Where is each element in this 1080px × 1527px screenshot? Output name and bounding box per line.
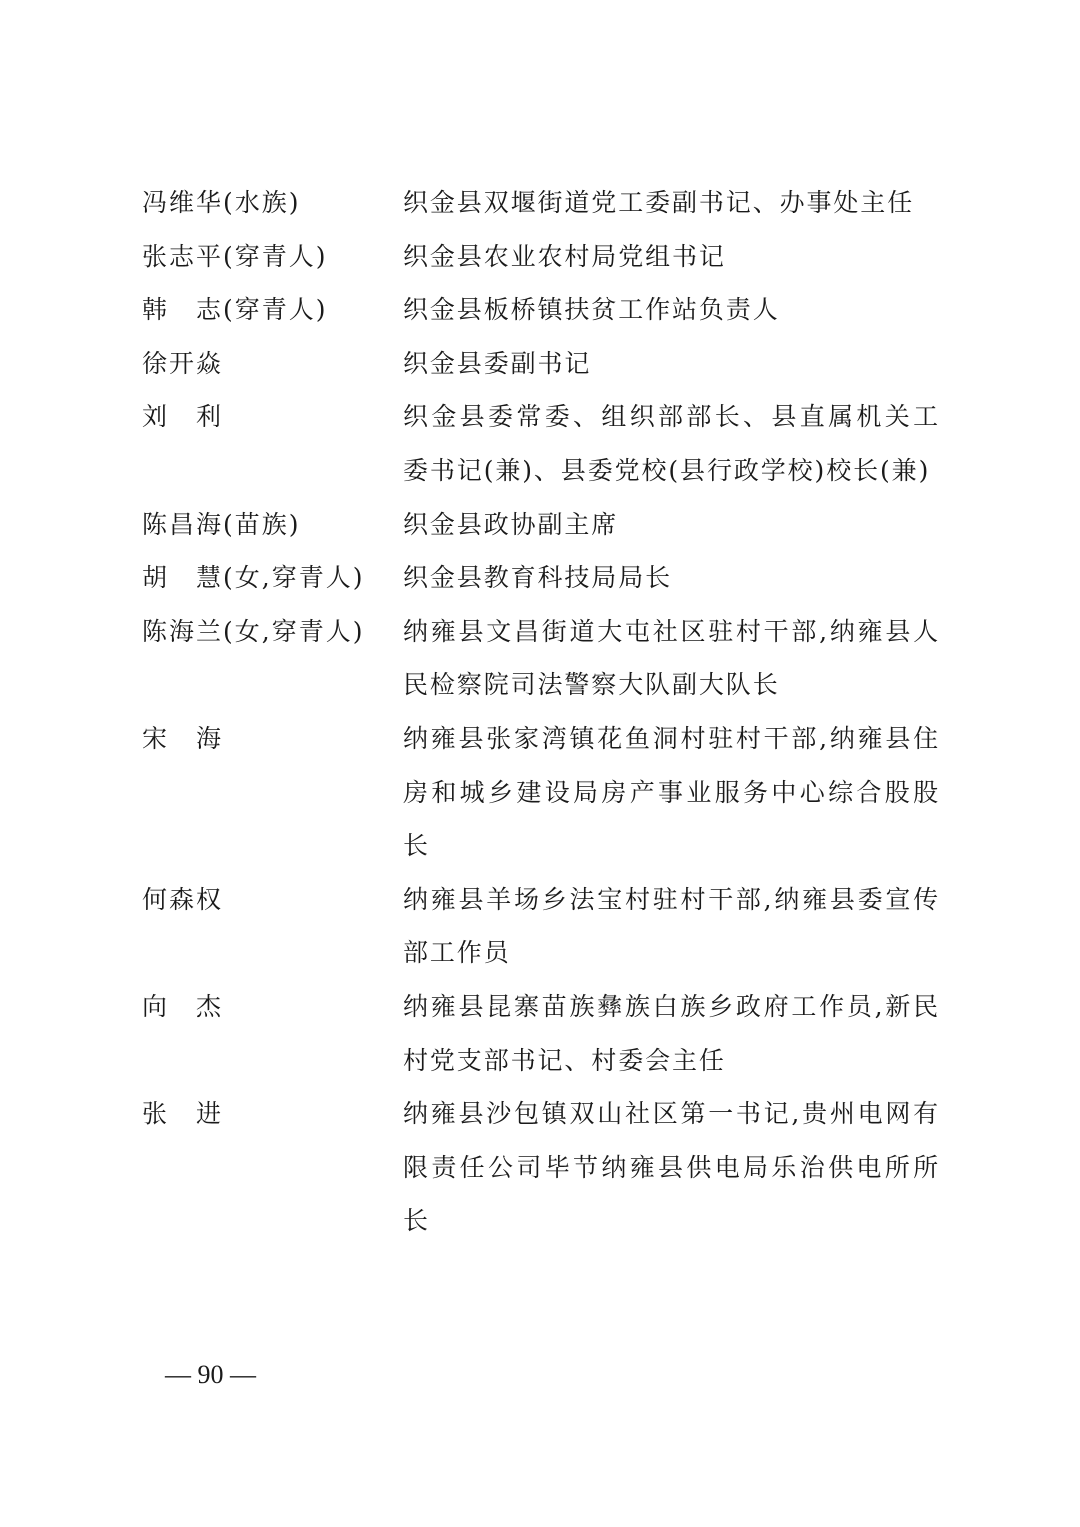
list-item: 刘 利 织金县委常委、组织部部长、县直属机关工委书记(兼)、县委党校(县行政学校…: [142, 390, 942, 497]
person-name: 冯维华(水族): [142, 176, 403, 230]
person-position: 织金县委副书记: [403, 337, 940, 391]
list-item: 徐开焱 织金县委副书记: [142, 337, 942, 391]
person-name: 刘 利: [142, 390, 403, 444]
list-item: 何森权 纳雍县羊场乡法宝村驻村干部,纳雍县委宣传部工作员: [142, 873, 942, 980]
person-position: 纳雍县羊场乡法宝村驻村干部,纳雍县委宣传部工作员: [403, 873, 940, 980]
person-name: 何森权: [142, 873, 403, 927]
person-name: 韩 志(穿青人): [142, 283, 403, 337]
list-item: 韩 志(穿青人) 织金县板桥镇扶贫工作站负责人: [142, 283, 942, 337]
person-position: 纳雍县昆寨苗族彝族白族乡政府工作员,新民村党支部书记、村委会主任: [403, 980, 940, 1087]
person-position: 织金县教育科技局局长: [403, 551, 940, 605]
person-name: 向 杰: [142, 980, 403, 1034]
person-name: 张志平(穿青人): [142, 230, 403, 284]
document-page: 冯维华(水族) 织金县双堰街道党工委副书记、办事处主任 张志平(穿青人) 织金县…: [0, 0, 1080, 1527]
person-name: 胡 慧(女,穿青人): [142, 551, 403, 605]
person-position: 织金县委常委、组织部部长、县直属机关工委书记(兼)、县委党校(县行政学校)校长(…: [403, 390, 940, 497]
list-item: 胡 慧(女,穿青人) 织金县教育科技局局长: [142, 551, 942, 605]
person-position: 织金县政协副主席: [403, 498, 940, 552]
person-position: 纳雍县沙包镇双山社区第一书记,贵州电网有限责任公司毕节纳雍县供电局乐治供电所所长: [403, 1087, 940, 1248]
list-item: 陈海兰(女,穿青人) 纳雍县文昌街道大屯社区驻村干部,纳雍县人民检察院司法警察大…: [142, 605, 942, 712]
list-item: 宋 海 纳雍县张家湾镇花鱼洞村驻村干部,纳雍县住房和城乡建设局房产事业服务中心综…: [142, 712, 942, 873]
person-name: 张 进: [142, 1087, 403, 1141]
list-item: 陈昌海(苗族) 织金县政协副主席: [142, 498, 942, 552]
page-number: — 90 —: [165, 1358, 256, 1392]
person-position: 织金县农业农村局党组书记: [403, 230, 940, 284]
list-item: 张志平(穿青人) 织金县农业农村局党组书记: [142, 230, 942, 284]
person-position: 织金县双堰街道党工委副书记、办事处主任: [403, 176, 940, 230]
list-item: 冯维华(水族) 织金县双堰街道党工委副书记、办事处主任: [142, 176, 942, 230]
person-name: 徐开焱: [142, 337, 403, 391]
person-name: 宋 海: [142, 712, 403, 766]
personnel-list: 冯维华(水族) 织金县双堰街道党工委副书记、办事处主任 张志平(穿青人) 织金县…: [142, 176, 942, 1248]
person-position: 纳雍县张家湾镇花鱼洞村驻村干部,纳雍县住房和城乡建设局房产事业服务中心综合股股长: [403, 712, 940, 873]
person-name: 陈海兰(女,穿青人): [142, 605, 403, 659]
person-name: 陈昌海(苗族): [142, 498, 403, 552]
list-item: 向 杰 纳雍县昆寨苗族彝族白族乡政府工作员,新民村党支部书记、村委会主任: [142, 980, 942, 1087]
person-position: 纳雍县文昌街道大屯社区驻村干部,纳雍县人民检察院司法警察大队副大队长: [403, 605, 940, 712]
list-item: 张 进 纳雍县沙包镇双山社区第一书记,贵州电网有限责任公司毕节纳雍县供电局乐治供…: [142, 1087, 942, 1248]
person-position: 织金县板桥镇扶贫工作站负责人: [403, 283, 940, 337]
